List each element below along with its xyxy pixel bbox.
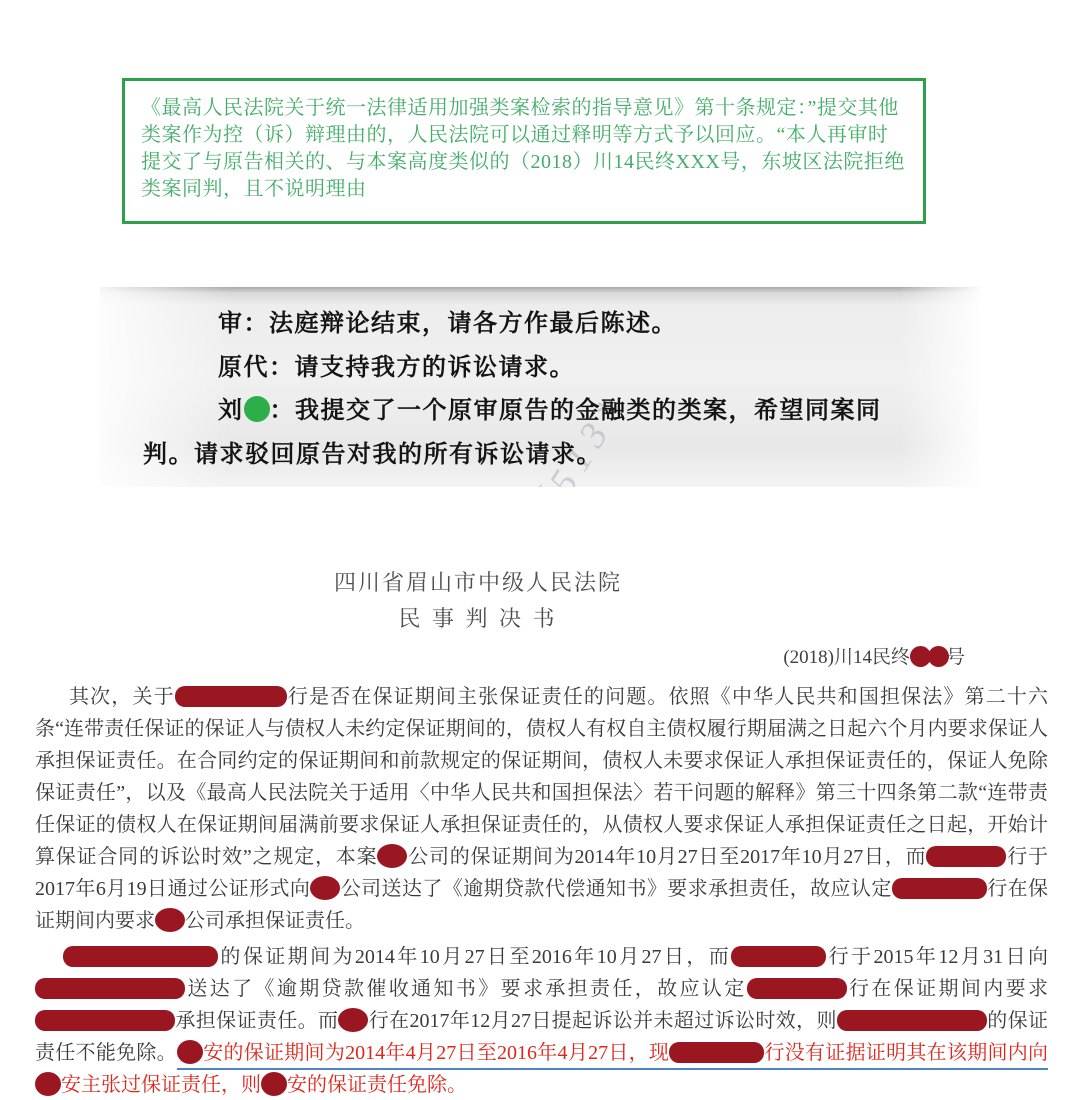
text-run: 行是否在保证期间主张保证责任的问题。依照《中华人民共和国担保法》第二十六条“连带… [35,686,1048,868]
guidance-note-box: 《最高人民法院关于统一法律适用加强类案检索的指导意见》第十条规定：”提交其他类案… [122,78,926,224]
redaction-mark [175,686,287,707]
judgment-paragraph-1: 其次，关于行是否在保证期间主张保证责任的问题。依照《中华人民共和国担保法》第二十… [35,681,1048,937]
privacy-dot-green-icon [244,396,270,422]
judgment-document: 四川省眉山市中级人民法院 民 事 判 决 书 (2018)川14民终号 其次，关… [35,560,1048,1100]
document-type-title: 民 事 判 决 书 [35,602,921,633]
redaction-mark [35,1010,175,1031]
case-number-prefix: (2018)川14民终 [783,647,910,668]
redaction-mark [63,946,218,967]
transcript-line-liu: 刘：我提交了一个原审原告的金融类的类案，希望同案同 [218,390,882,425]
page: 《最高人民法院关于统一法律适用加强类案检索的指导意见》第十条规定：”提交其他类案… [0,0,1080,1100]
text-run: 判。请求驳回原告对我的所有诉讼请求。 [143,442,602,468]
text-run: 审：法庭辩论结束，请各方作最后陈述。 [218,311,677,337]
redaction-mark [747,978,847,999]
text-run: 行没有证据证明其在该期间内向 [764,1042,1048,1064]
text-run: ：我提交了一个原审原告的金融类的类案，希望同案同 [270,398,882,424]
text-run: 安主张过保证责任，则 [61,1074,261,1096]
transcript-scan-image: 刘513* 审：法庭辩论结束，请各方作最后陈述。 原代：请支持我方的诉讼请求。 … [100,287,980,487]
transcript-line-plaintiff: 原代：请支持我方的诉讼请求。 [218,347,575,382]
text-run: 公司的保证期间为2014年10月27日至2017年10月27日，而 [407,846,926,868]
text-run: 其次，关于 [69,686,175,708]
redaction-mark [377,844,407,868]
case-number-suffix: 号 [946,647,965,668]
text-run: 行于2015年12月31日向 [826,946,1048,968]
redaction-mark [35,1072,61,1096]
text-run: 安的保证责任免除。 [287,1074,467,1096]
judgment-paragraph-2: 的保证期间为2014年10月27日至2016年10月27日，而行于2015年12… [35,941,1048,1100]
redaction-mark [669,1042,764,1063]
redaction-mark [338,1008,368,1032]
court-name: 四川省眉山市中级人民法院 [35,560,921,597]
redaction-mark [892,878,987,899]
text-run: 行在保证期间内要求 [847,978,1048,1000]
case-number: (2018)川14民终号 [35,642,965,669]
highlighted-red-text: 安的保证期间为2014年4月27日至2016年4月27日，现行没有证据证明其在该… [35,1042,1048,1100]
text-run: 的保证期间为2014年10月27日至2016年10月27日，而 [218,946,731,968]
text-run: 承担保证责任。而 [175,1010,338,1032]
text-run: 安的保证期间为2014年4月27日至2016年4月27日，现 [203,1042,669,1064]
text-run: 送达了《逾期贷款催收通知书》要求承担责任，故应认定 [185,978,747,1000]
redaction-mark [261,1072,287,1096]
redaction-mark [926,846,1006,867]
text-run: 行在2017年12月27日提起诉讼并未超过诉讼时效，则 [368,1010,837,1032]
redaction-mark [731,946,826,967]
text-run: 公司送达了《逾期贷款代偿通知书》要求承担责任，故应认定 [340,878,891,900]
text-run: 原代：请支持我方的诉讼请求。 [218,355,575,381]
text-run: 刘 [218,398,244,424]
redaction-mark [310,876,340,900]
redaction-mark [837,1010,987,1031]
transcript-line-continued: 判。请求驳回原告对我的所有诉讼请求。 [143,434,602,469]
judgment-body: 其次，关于行是否在保证期间主张保证责任的问题。依照《中华人民共和国担保法》第二十… [35,681,1048,1100]
redaction-mark [35,978,185,999]
redaction-mark [177,1040,203,1064]
guidance-note-text: 《最高人民法院关于统一法律适用加强类案检索的指导意见》第十条规定：”提交其他类案… [141,95,905,203]
text-run: 公司承担保证责任。 [185,910,365,932]
transcript-line-judge: 审：法庭辩论结束，请各方作最后陈述。 [218,303,677,338]
redaction-mark [155,908,185,932]
